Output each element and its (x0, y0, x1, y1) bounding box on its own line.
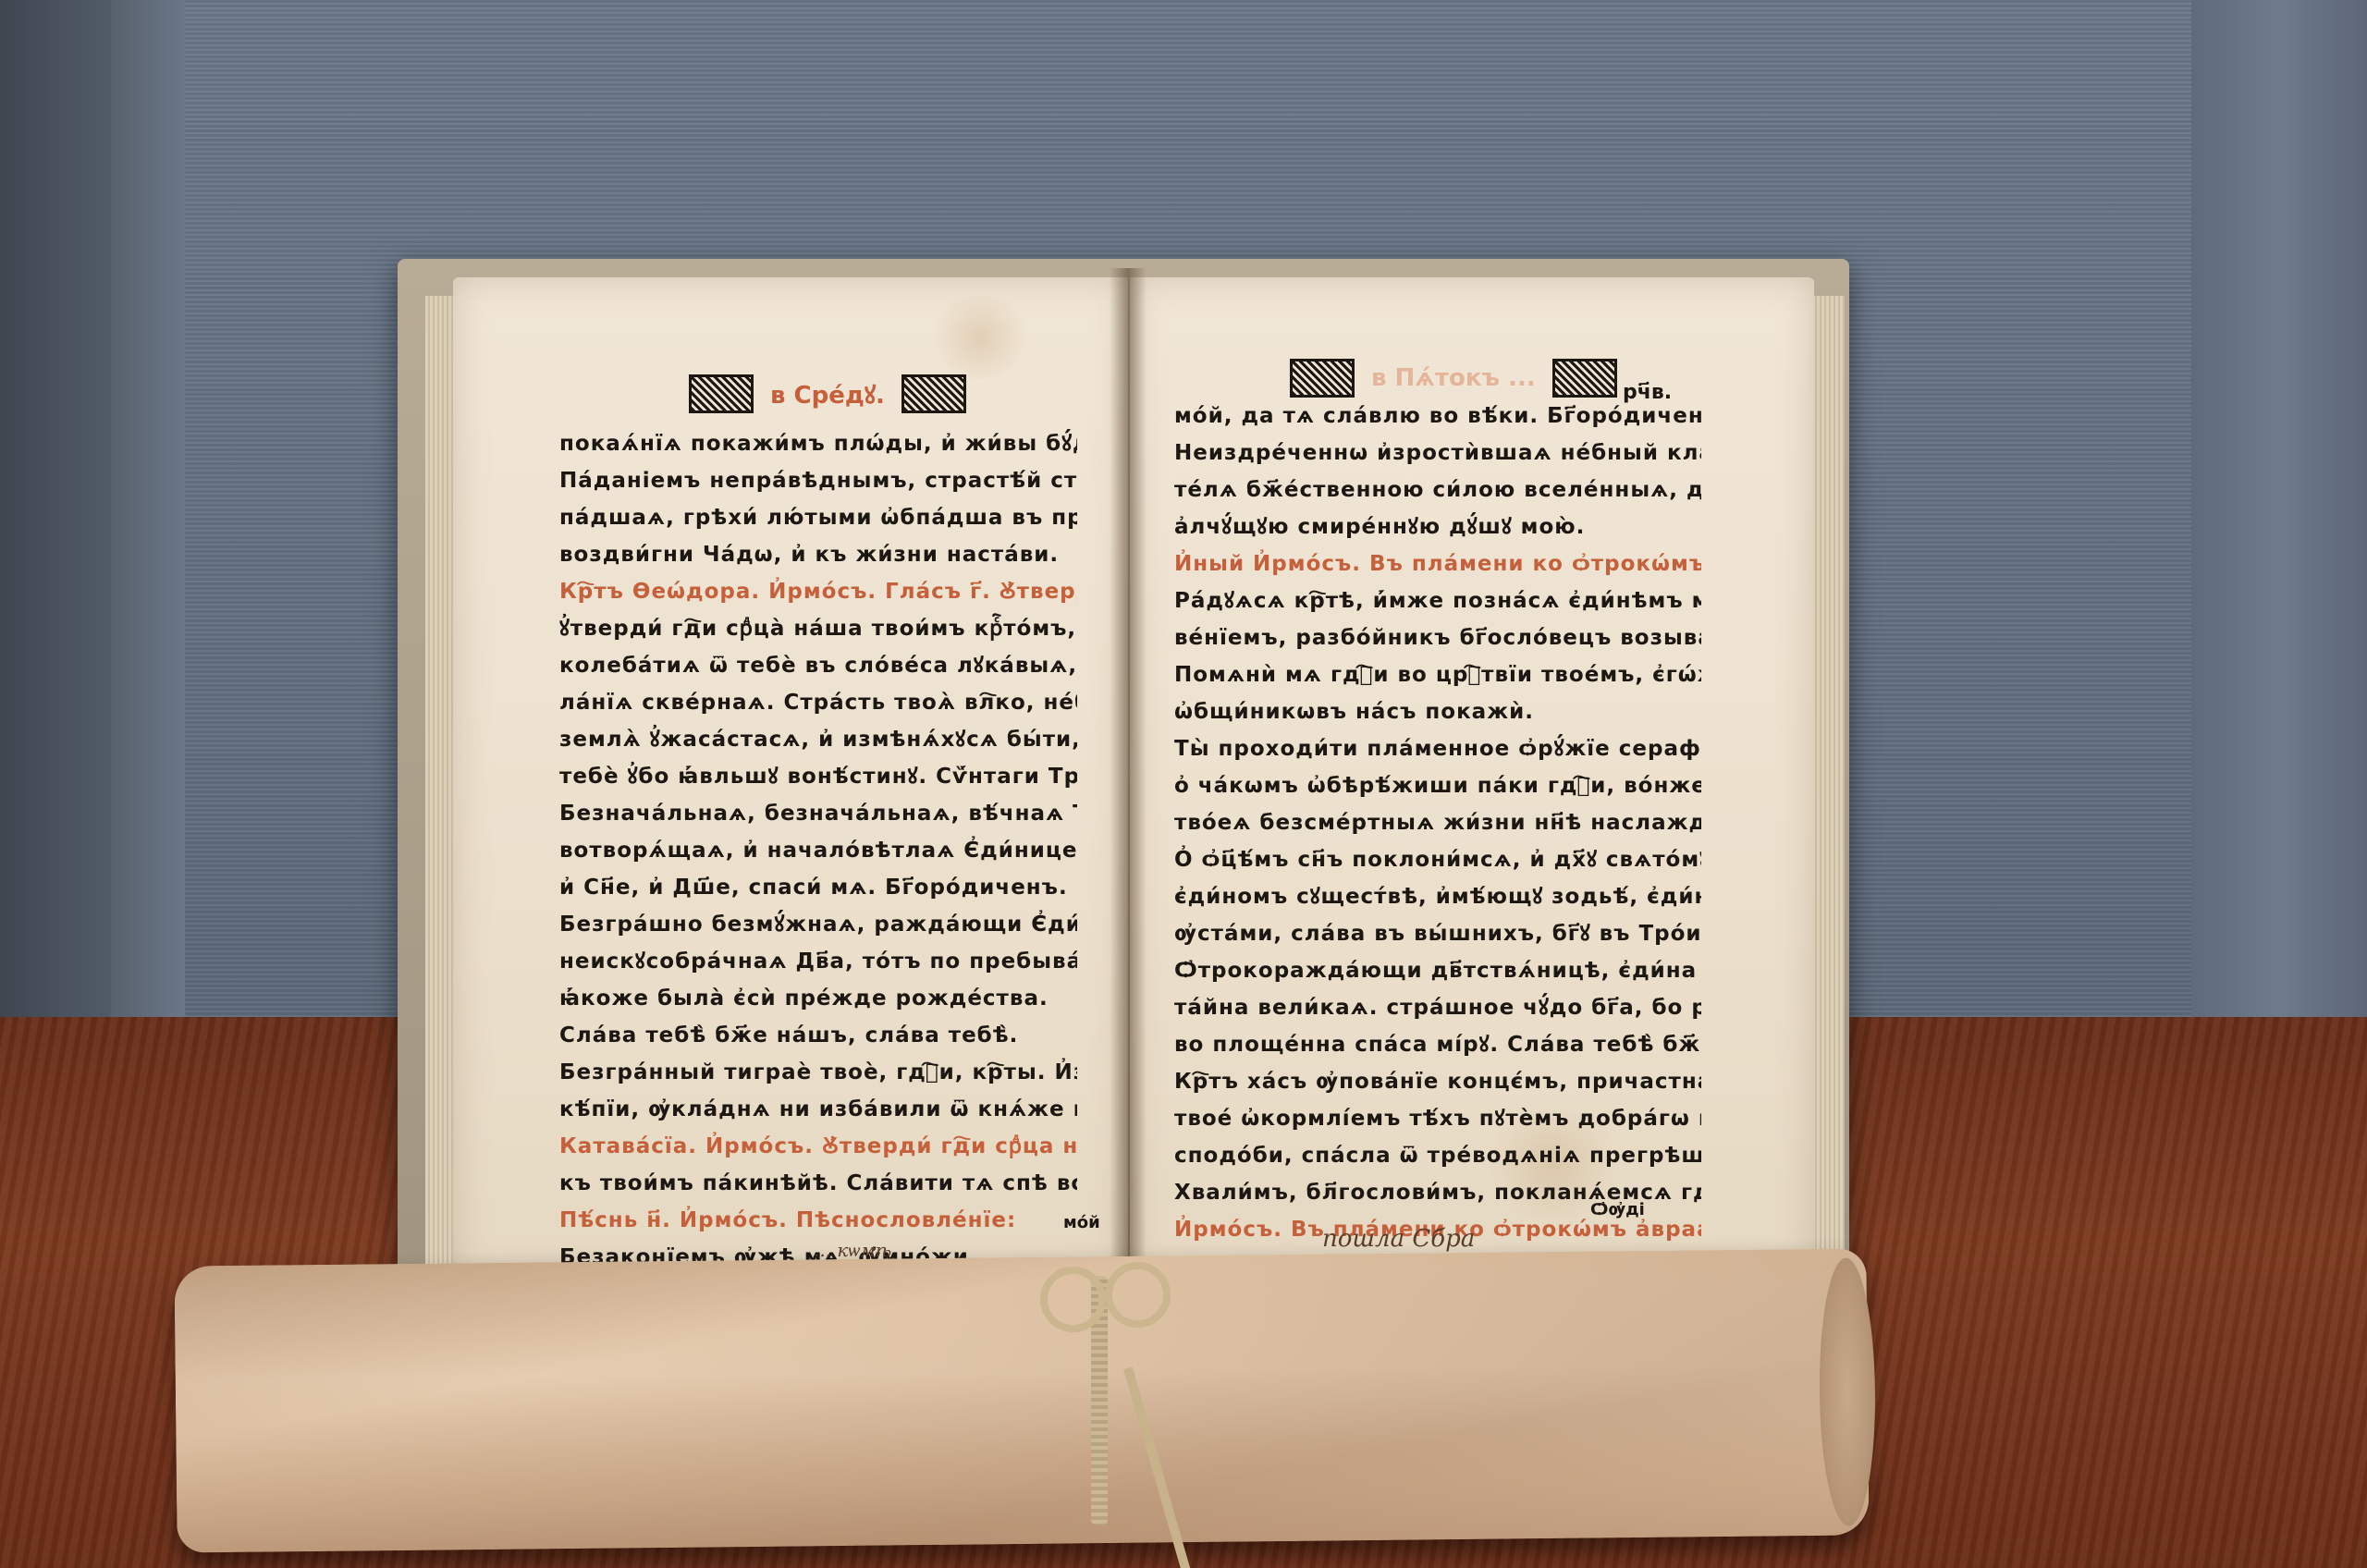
text-line: Неиздре́ченнѡ и҆зростѝвшаѧ не́бный кла́с… (1174, 435, 1701, 472)
ornament-icon (1552, 359, 1617, 398)
left-page-header: в Сре́дꙋ. (689, 374, 966, 413)
text-line: кѣ́пїи, ѹ҆кла́днѧ ни изба́вили ѿ кнѧ́же … (559, 1091, 1077, 1128)
ornament-icon (901, 374, 966, 413)
text-line: ѡ҆бщи́никѡвъ на́съ покажѝ. (1174, 693, 1701, 730)
text-line: ве́нїемъ, разбо́йникъ бг҃осло́вецъ возыв… (1174, 619, 1701, 656)
right-header-title: в Пѧ́токъ ... (1371, 364, 1536, 392)
text-line: тво́еѧ безсме́ртныѧ жи́зни нн҃ѣ наслажда… (1174, 804, 1701, 841)
ornament-icon (1290, 359, 1355, 398)
text-line: О҆ ѻ҆ц҃ѣ́мъ сн҃ъ поклони́мсѧ, и҆ дх҃ꙋ св… (1174, 841, 1701, 878)
right-handwritten-note: пошла Сбра (1322, 1225, 1475, 1253)
bark-scroll (174, 1248, 1869, 1552)
text-line: Кр҇тъ Ѳеѡ́дора. И҆рмо́съ. Гла́съ г҃. Ꙋ҆т… (559, 573, 1077, 610)
text-line: тебѐ ꙋ҆бо ꙗ҆́вльшꙋ вонѣ́стинꙋ. Сѷ́нтаги … (559, 758, 1077, 795)
text-line: И҆ный И҆рмо́съ. Въ пла́мени ко ѻ҆трокѡ́м… (1174, 545, 1701, 582)
text-line: воздви́гни Ча́дѡ, и҆ къ жи́зни наста́ви. (559, 536, 1077, 573)
text-line: Ты̀ проходи́ти пла́менное ѻ҆рꙋ́жїе сераф… (1174, 730, 1701, 767)
text-line: те́лѧ бж҃е́ственною си́лою вселе́нныѧ, д… (1174, 472, 1701, 508)
text-line: Пѣ́снь н҃. И҆рмо́съ. Пѣснословле́нїе: (559, 1202, 1077, 1239)
text-line: твое́ ѡ҆кормлі́емъ тѣ́хъ пꙋтѐмъ добра́гѡ… (1174, 1100, 1701, 1137)
text-line: ꙋ҆тверди́ гд҇и срⷣца̀ на́ша твои́мъ крⷭ҇… (559, 610, 1077, 647)
text-line: та́йна вели́каѧ. стра́шное чꙋ́до бг҃а, б… (1174, 989, 1701, 1026)
right-page-header: в Пѧ́токъ ... (1290, 359, 1617, 398)
photo-scene: в Сре́дꙋ. в Пѧ́токъ ... рч҃в. покаѧ́нїѧ … (0, 0, 2367, 1568)
text-line: Безнача́льнаѧ, безнача́льнаѧ, вѣ́чнаѧ Тр… (559, 795, 1077, 832)
text-line: мо́й, да тѧ сла́влю во вѣ́ки. Бг҃оро́дич… (1174, 398, 1701, 435)
ornament-icon (689, 374, 754, 413)
text-line: Безгра́шно безмꙋ́жнаѧ, ражда́ющи Є҆ди́на… (559, 906, 1077, 943)
text-line: Ѻ҆трокоражда́ющи дв҃тствѧ́ницѣ, є҆ди́на … (1174, 952, 1701, 989)
twine-loop (1105, 1262, 1171, 1328)
text-line: о҆ ча́кѡмъ ѡ҆бѣрѣ́жиши па́ки гдⷭ҇и, во́н… (1174, 767, 1701, 804)
text-line: Безгра́нный тиграѐ твоѐ, гдⷭ҇и, кр҇ты. И… (559, 1054, 1077, 1091)
left-header-title: в Сре́дꙋ. (770, 377, 885, 410)
text-line: Па́даніемъ непра́вѣднымъ, страстѣ́й стре… (559, 462, 1077, 499)
book-gutter (1110, 268, 1147, 1285)
text-line: Кр҇тъ ха́съ ѹ҆пова́нїе концє́мъ, причаст… (1174, 1063, 1701, 1100)
text-line: Ра́дꙋѧсѧ кр҇тѣ, и҆́мже позна́сѧ є҆ди́нѣм… (1174, 582, 1701, 619)
text-line: вотворѧ́щаѧ, и҆ начало́вѣтлаѧ Є҆ди́нице,… (559, 832, 1077, 869)
text-line: Помѧнѝ мѧ гдⷭ҇и во црⷭ҇твїи твое́мъ, є҆г… (1174, 656, 1701, 693)
text-line: ѹ҆ста́ми, сла́ва въ вы́шнихъ, бг҃ꙋ въ Тр… (1174, 915, 1701, 952)
text-line: Катава́сїа. И҆рмо́съ. Ꙋ҆тверди́ гд҇и срⷣ… (559, 1128, 1077, 1165)
text-line: неискꙋсобра́чнаѧ Дв҃а, то́тъ по пребыва́… (559, 943, 1077, 980)
text-line: а҆лчꙋ́щꙋю смире́ннꙋю дꙋ́шꙋ мою̀. (1174, 508, 1701, 545)
text-line: ꙗ҆́коже была̀ є҆сѝ пре́жде рожде́ства. (559, 980, 1077, 1017)
left-catchword: мо́й (1063, 1213, 1100, 1232)
text-line: колеба́тиѧ ѿ тебѐ въ сло́ве́са лꙋка́выѧ,… (559, 647, 1077, 684)
text-line: ла́нїѧ скве́рнаѧ. Стра́сть твоѧ̀ вл҇ко, … (559, 684, 1077, 721)
text-line: Сла́ва тебѣ̀ бж҃е на́шъ, сла́ва тебѣ̀. (559, 1017, 1077, 1054)
text-line: па́дшаѧ, грѣхи́ лю́тыми ѡ҆бпа́дша въ про… (559, 499, 1077, 536)
twine-loop (1040, 1267, 1106, 1332)
text-line: и҆ Сн҃е, и҆ Дш҃е, спаси́ мѧ. Бг҃оро́диче… (559, 869, 1077, 906)
text-line: є҆ди́номъ сꙋщест́вѣ, и҆мѣ́ющꙋ зодьѣ́, є҆… (1174, 878, 1701, 915)
twine-bow (1040, 1267, 1170, 1331)
text-line: землѧ̀ ꙋ҆жаса́стасѧ, и҆ измѣнѧ́хꙋсѧ бы́т… (559, 721, 1077, 758)
right-catchword: Ѻ҆ѹ҆ді (1590, 1200, 1645, 1219)
page-stain (925, 296, 1036, 379)
text-line: къ твои́мъ па́кинѣйѣ. Сла́вити тѧ спѣ во… (559, 1165, 1077, 1202)
text-line: во площе́нна спа́са мі́рꙋ. Сла́ва тебѣ̀ … (1174, 1026, 1701, 1063)
text-line: покаѧ́нїѧ покажи́мъ плѡ́ды, и҆ жи́вы бꙋ́… (559, 425, 1077, 462)
text-line: сподо́би, спа́сла ѿ тре́водѧніѧ прегрѣше… (1174, 1137, 1701, 1174)
